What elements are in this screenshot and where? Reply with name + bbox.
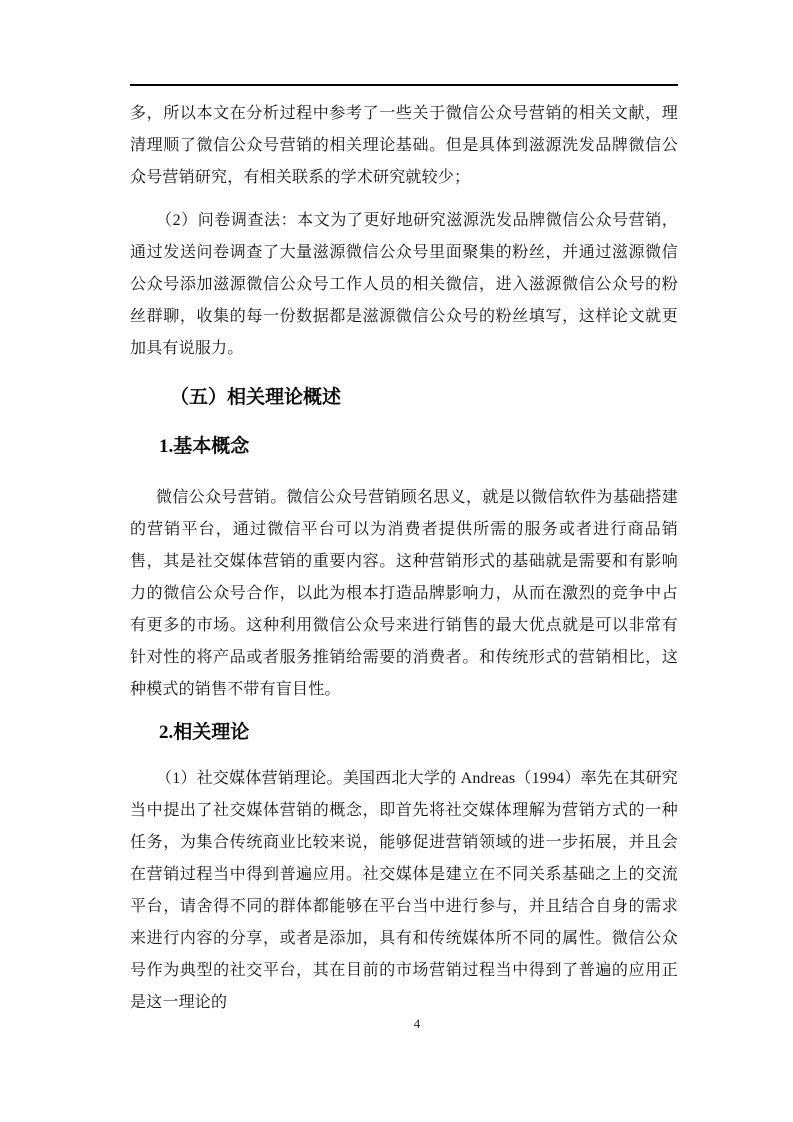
paragraph-literature-review-continuation: 多，所以本文在分析过程中参考了一些关于微信公众号营销的相关文献，理清理顺了微信公… <box>130 98 678 194</box>
page-number: 4 <box>130 1016 704 1032</box>
paragraph-questionnaire-method: （2）问卷调查法：本文为了更好地研究滋源洗发品牌微信公众号营销，通过发送问卷调查… <box>130 205 678 365</box>
subheading-basic-concepts: 1.基本概念 <box>159 434 249 460</box>
section-heading-related-theory-overview: （五）相关理论概述 <box>170 383 341 413</box>
paragraph-wechat-account-marketing-concept: 微信公众号营销。微信公众号营销顾名思义，就是以微信软件为基础搭建的营销平台，通过… <box>130 482 678 706</box>
subheading-related-theories: 2.相关理论 <box>159 720 249 746</box>
paragraph-social-media-marketing-theory: （1）社交媒体营销理论。美国西北大学的 Andreas（1994）率先在其研究当… <box>130 763 678 1019</box>
document-page: 多，所以本文在分析过程中参考了一些关于微信公众号营销的相关文献，理清理顺了微信公… <box>0 0 793 1122</box>
header-separator-rule <box>130 84 678 86</box>
